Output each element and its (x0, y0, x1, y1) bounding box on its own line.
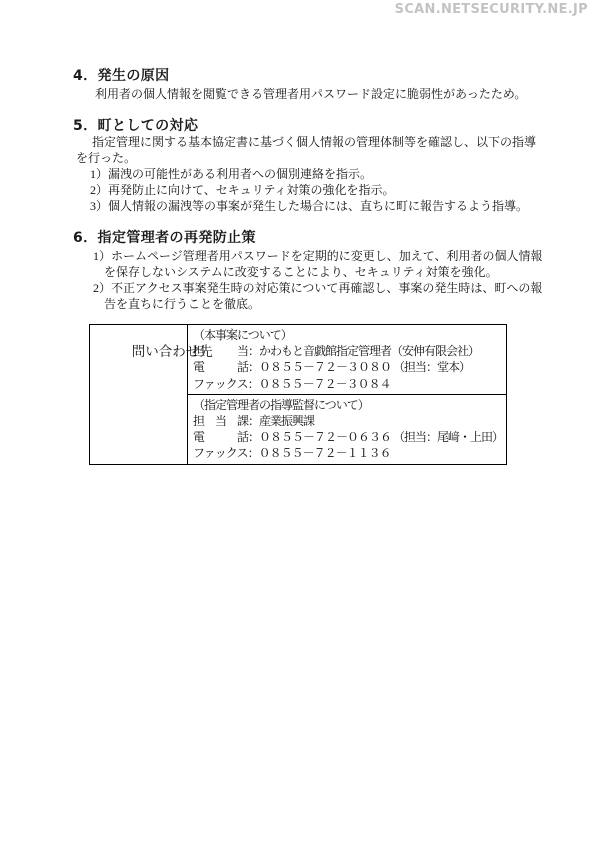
site-watermark: SCAN.NETSECURITY.NE.JP (395, 2, 588, 17)
section-4-body: 利用者の個人情報を閲覧できる管理者用パスワード設定に脆弱性があったため。 (95, 86, 595, 102)
contact-supervision-phone-line: 電 話：０８５５－７２－０６３６ （担当：尾﨑・上田） (193, 429, 504, 445)
contact-table-row-incident: 問い合わせ先 （本事案について） 担 当：かわもと音戯館指定管理者（安伸有限会社… (90, 325, 507, 395)
section-5-intro-line-1: 指定管理に関する基本協定書に基づく個人情報の管理体制等を確認し、以下の指導 (92, 134, 595, 150)
section-6-heading: 6．指定管理者の再発防止策 (73, 230, 595, 246)
section-5-item-1: 1）漏洩の可能性がある利用者への個別連絡を指示。 (90, 166, 595, 182)
section-5-item-2: 2）再発防止に向けて、セキュリティ対策の強化を指示。 (90, 182, 595, 198)
section-4-heading: 4．発生の原因 (73, 68, 595, 84)
contact-supervision-department-line: 担 当 課：産業振興課 (193, 413, 504, 429)
section-5-heading: 5．町としての対応 (73, 118, 595, 134)
contact-incident-phone-line: 電 話：０８５５－７２－３０８０ （担当：堂本） (193, 359, 504, 375)
section-5-item-3: 3）個人情報の漏洩等の事案が発生した場合には、直ちに町に報告するよう指導。 (90, 198, 595, 214)
document-page: SCAN.NETSECURITY.NE.JP 4．発生の原因 利用者の個人情報を… (0, 0, 595, 841)
contact-block-supervision: （指定管理者の指導監督について） 担 当 課：産業振興課 電 話：０８５５－７２… (188, 394, 507, 464)
section-6-item-2-line-1: 2）不正アクセス事案発生時の対応策について再確認し、事案の発生時は、町への報 (93, 280, 595, 296)
contact-table: 問い合わせ先 （本事案について） 担 当：かわもと音戯館指定管理者（安伸有限会社… (89, 324, 507, 465)
contact-block-incident: （本事案について） 担 当：かわもと音戯館指定管理者（安伸有限会社） 電 話：０… (188, 325, 507, 395)
section-5-intro-line-2: を行った。 (76, 150, 595, 166)
section-6-item-2-line-2: 告を直ちに行うことを徹底。 (104, 296, 595, 312)
contact-supervision-header: （指定管理者の指導監督について） (193, 397, 504, 413)
contact-incident-fax-line: ファックス：０８５５－７２－３０８４ (193, 376, 504, 392)
contact-label-cell: 問い合わせ先 (90, 325, 188, 465)
section-6-item-1-line-2: を保存しないシステムに改変することにより、セキュリティ対策を強化。 (104, 264, 595, 280)
contact-incident-person-line: 担 当：かわもと音戯館指定管理者（安伸有限会社） (193, 343, 504, 359)
section-6-item-1-line-1: 1）ホームページ管理者用パスワードを定期的に変更し、加えて、利用者の個人情報 (93, 248, 595, 264)
contact-incident-header: （本事案について） (193, 327, 504, 343)
contact-supervision-fax-line: ファックス：０８５５－７２－１１３６ (193, 445, 504, 461)
